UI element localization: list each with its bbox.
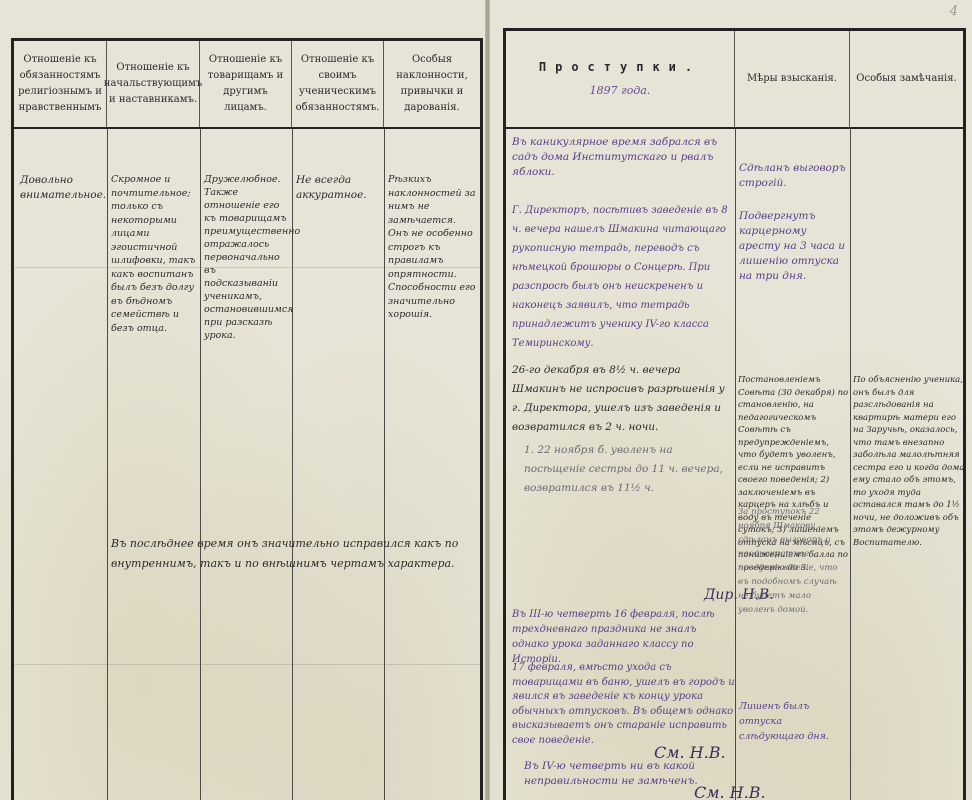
- offense-5: Въ III-ю четверть 16 февраля, послѣ трех…: [512, 607, 736, 667]
- penalty-2: Подвергнутъ карцерному аресту на 3 часа …: [739, 209, 849, 284]
- penalty-1: Сдѣланъ выговоръ строгій.: [739, 161, 849, 191]
- offense-4: 1. 22 ноября б. уволенъ на посѣщеніе сес…: [524, 441, 734, 498]
- signature-1: См. Н.В.: [654, 743, 726, 762]
- entry-peers: Дружелюбное. Также отношеніе его къ това…: [204, 173, 292, 342]
- column-divider: [850, 129, 851, 800]
- left-register-table: Отношеніе къ обязанностямъ религіознымъ …: [11, 38, 483, 800]
- header-attitude-superiors: Отношеніе къ начальствующимъ и наставник…: [107, 41, 200, 127]
- offense-2: Г. Директоръ, посѣтивъ заведеніе въ 8 ч.…: [512, 201, 734, 353]
- column-divider: [107, 129, 108, 800]
- faint-rule: [14, 664, 480, 665]
- offenses-title: Проступки.: [539, 59, 701, 75]
- year-mark: 1897 года.: [590, 83, 651, 99]
- right-header-row: Проступки. 1897 года. Мѣры взысканія. Ос…: [506, 31, 963, 129]
- column-divider: [384, 129, 385, 800]
- offense-1: Въ каникулярное время забрался въ садъ д…: [512, 135, 734, 180]
- left-page: Отношеніе къ обязанностямъ религіознымъ …: [0, 0, 486, 800]
- offense-3: 26-го декабря въ 8½ ч. вечера Шмакинъ не…: [512, 361, 734, 437]
- header-religious-duties: Отношеніе къ обязанностямъ религіознымъ …: [14, 41, 107, 127]
- right-register-table: Проступки. 1897 года. Мѣры взысканія. Ос…: [503, 28, 966, 800]
- signature-2: См. Н.В.: [694, 783, 766, 800]
- penalty-5: Лишенъ былъ отпуска слѣдующаго дня.: [739, 699, 849, 744]
- header-student-duties: Отношеніе къ своимъ ученическимъ обязанн…: [292, 41, 384, 127]
- entry-inclinations: Рѣзкихъ наклонностей за нимъ не замѣчает…: [388, 173, 476, 322]
- header-attitude-peers: Отношеніе къ товарищамъ и другимъ лицамъ…: [200, 41, 292, 127]
- header-penalties: Мѣры взысканія.: [735, 31, 850, 127]
- right-page: 4 Проступки. 1897 года. Мѣры взысканія. …: [489, 0, 972, 800]
- page-number: 4: [950, 4, 958, 19]
- entry-religious: Довольно внимательное.: [20, 173, 104, 203]
- header-inclinations: Особыя наклонности, привычки и дарованія…: [384, 41, 480, 127]
- header-remarks: Особыя замѣчанія.: [850, 31, 963, 127]
- entry-duties: Не всегда аккуратное.: [296, 173, 384, 203]
- signature-director: Дир. Н.В.: [704, 587, 774, 603]
- column-divider: [200, 129, 201, 800]
- header-offenses: Проступки. 1897 года.: [506, 31, 735, 127]
- entry-superiors: Скромное и почтительное; только съ некот…: [111, 173, 199, 335]
- improvement-note: Въ послѣднее время онъ значительно испра…: [111, 534, 481, 574]
- offense-6: 17 февраля, вмѣсто ухода съ товарищами в…: [512, 661, 736, 748]
- left-header-row: Отношеніе къ обязанностямъ религіознымъ …: [14, 41, 480, 129]
- remark-1: По объясненію ученика, онъ былъ для разс…: [853, 374, 965, 549]
